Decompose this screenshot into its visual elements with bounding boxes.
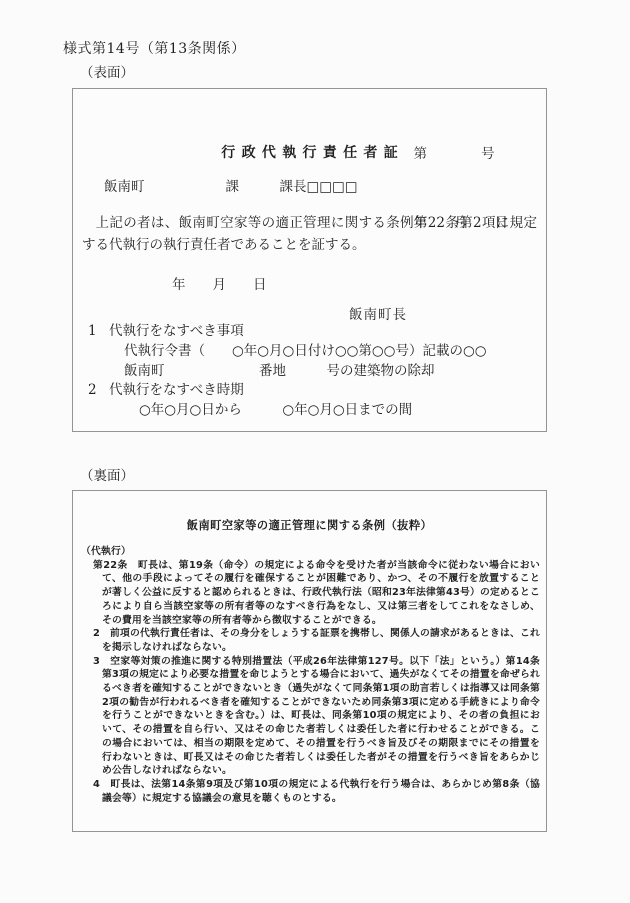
ordinance-paragraph-3: 3 空家等対策の推進に関する特別措置法（平成26年法律第127号。以下「法」とい… [87, 655, 540, 778]
certificate-title: 行政代執行責任者証 [73, 142, 546, 162]
front-side-label: （表面） [80, 61, 134, 81]
back-side-label: （裏面） [80, 464, 134, 484]
ordinance-section-label: （代執行） [81, 545, 540, 559]
certificate-body: 上記の者は、飯南町空家等の適正管理に関する条例第22条第2項に規定する代執行の執… [82, 213, 537, 256]
ordinance-paragraph-22: 第22条 町長は、第19条（命令）の規定による命令を受けた者が当該命令に従わない… [87, 559, 540, 628]
ordinance-paragraph-2: 2 前項の代執行責任者は、その身分をしょうする証票を携帯し、関係人の請求があると… [87, 627, 540, 654]
form-number-label: 様式第14号（第13条関係） [63, 38, 246, 58]
item-1-row: 1代執行をなすべき事項 [88, 322, 538, 342]
item-2-title: 代執行をなすべき時期 [109, 382, 244, 398]
front-certificate-box: 第 号 年 月 日 行政代執行責任者証 飯南町 課 課長□□□□ 上記の者は、飯… [72, 88, 547, 432]
item-1-title: 代執行をなすべき事項 [109, 323, 244, 339]
item-2-number: 2 [88, 381, 109, 401]
ordinance-body: （代執行） 第22条 町長は、第19条（命令）の規定による命令を受けた者が当該命… [81, 545, 540, 805]
document-page: 様式第14号（第13条関係） （表面） 第 号 年 月 日 行政代執行責任者証 … [0, 0, 630, 903]
execution-items: 1代執行をなすべき事項 代執行令書（ ○年○月○日付け○○第○○号）記載の○○ … [88, 322, 538, 421]
ordinance-paragraph-4: 4 町長は、法第14条第9項及び第10項の規定による代執行を行う場合は、あらかじ… [87, 778, 540, 805]
holder-line: 飯南町 課 課長□□□□ [104, 175, 358, 195]
back-ordinance-box: 飯南町空家等の適正管理に関する条例（抜粋） （代執行） 第22条 町長は、第19… [72, 490, 547, 832]
item-2-line-1: ○年○月○日から ○年○月○日までの間 [88, 401, 538, 421]
issuer-signature: 飯南町長 [349, 303, 407, 323]
item-1-number: 1 [88, 322, 109, 342]
item-2-row: 2代執行をなすべき時期 [88, 381, 538, 401]
item-1-line-1: 代執行令書（ ○年○月○日付け○○第○○号）記載の○○ [88, 342, 538, 362]
ordinance-heading: 飯南町空家等の適正管理に関する条例（抜粋） [73, 517, 546, 533]
item-1-line-2: 飯南町 番地 号の建築物の除却 [88, 362, 538, 382]
issue-date: 年 月 日 [172, 273, 267, 293]
